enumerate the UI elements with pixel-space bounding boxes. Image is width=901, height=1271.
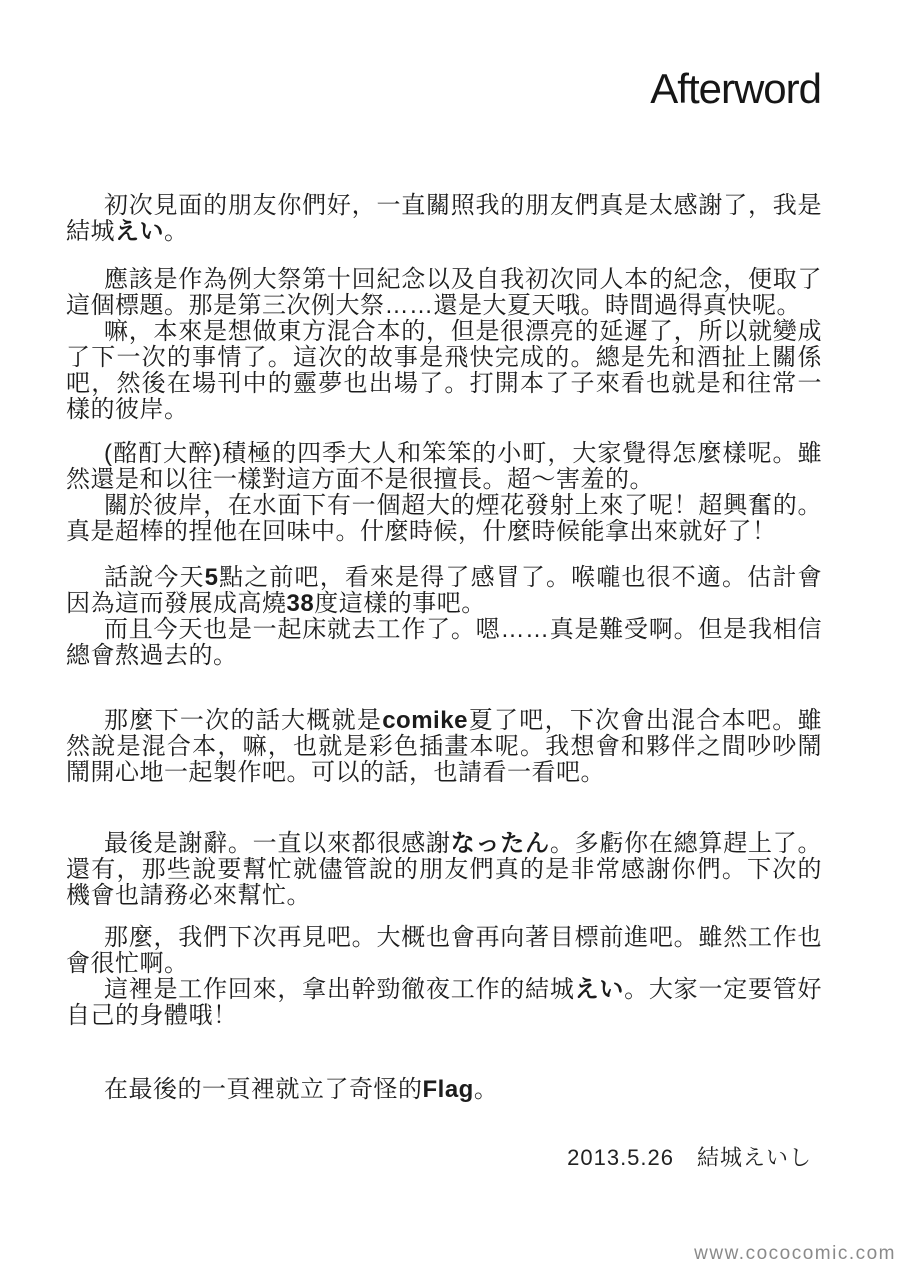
paragraph-thanks: 最後是謝辭。一直以來都很感謝なったん。多虧你在總算趕上了。還有，那些說要幫忙就儘…	[66, 831, 822, 909]
page-title: Afterword	[650, 68, 821, 110]
paragraph-flag-joke: 在最後的一頁裡就立了奇怪的Flag。	[66, 1077, 822, 1103]
paragraph-higan-fireworks: 關於彼岸，在水面下有一個超大的煙花發射上來了呢！超興奮的。真是超棒的捏他在回味中…	[66, 493, 822, 545]
watermark-url: www.cococomic.com	[694, 1243, 896, 1265]
paragraph-next-comike: 那麼下一次的話大概就是comike夏了吧，下次會出混合本吧。雖然說是混合本，嘛，…	[66, 708, 822, 786]
afterword-text-body: 初次見面的朋友你們好，一直關照我的朋友們真是太感謝了，我是結城えい。 應該是作為…	[66, 193, 822, 1171]
paragraph-book-delay: 嘛，本來是想做東方混合本的，但是很漂亮的延遲了，所以就變成了下一次的事情了。這次…	[66, 319, 822, 423]
paragraph-greeting: 初次見面的朋友你們好，一直關照我的朋友們真是太感謝了，我是結城えい。	[66, 193, 822, 245]
paragraph-goodbye: 那麼，我們下次再見吧。大概也會再向著目標前進吧。雖然工作也會很忙啊。	[66, 925, 822, 977]
paragraph-characters: (酩酊大醉)積極的四季大人和笨笨的小町，大家覺得怎麼樣呢。雖然還是和以往一樣對這…	[66, 441, 822, 493]
paragraph-caught-cold: 話說今天5點之前吧，看來是得了感冒了。喉嚨也很不適。估計會因為這而發展成高燒38…	[66, 565, 822, 617]
afterword-page: Afterword 初次見面的朋友你們好，一直關照我的朋友們真是太感謝了，我是結…	[0, 0, 901, 1271]
paragraph-title-origin: 應該是作為例大祭第十回紀念以及自我初次同人本的紀念，便取了這個標題。那是第三次例…	[66, 267, 822, 319]
paragraph-take-care: 這裡是工作回來，拿出幹勁徹夜工作的結城えい。大家一定要管好自己的身體哦！	[66, 977, 822, 1029]
signature-date: 2013.5.26 結城えいし	[66, 1145, 822, 1171]
paragraph-work-sick: 而且今天也是一起床就去工作了。嗯……真是難受啊。但是我相信總會熬過去的。	[66, 617, 822, 669]
